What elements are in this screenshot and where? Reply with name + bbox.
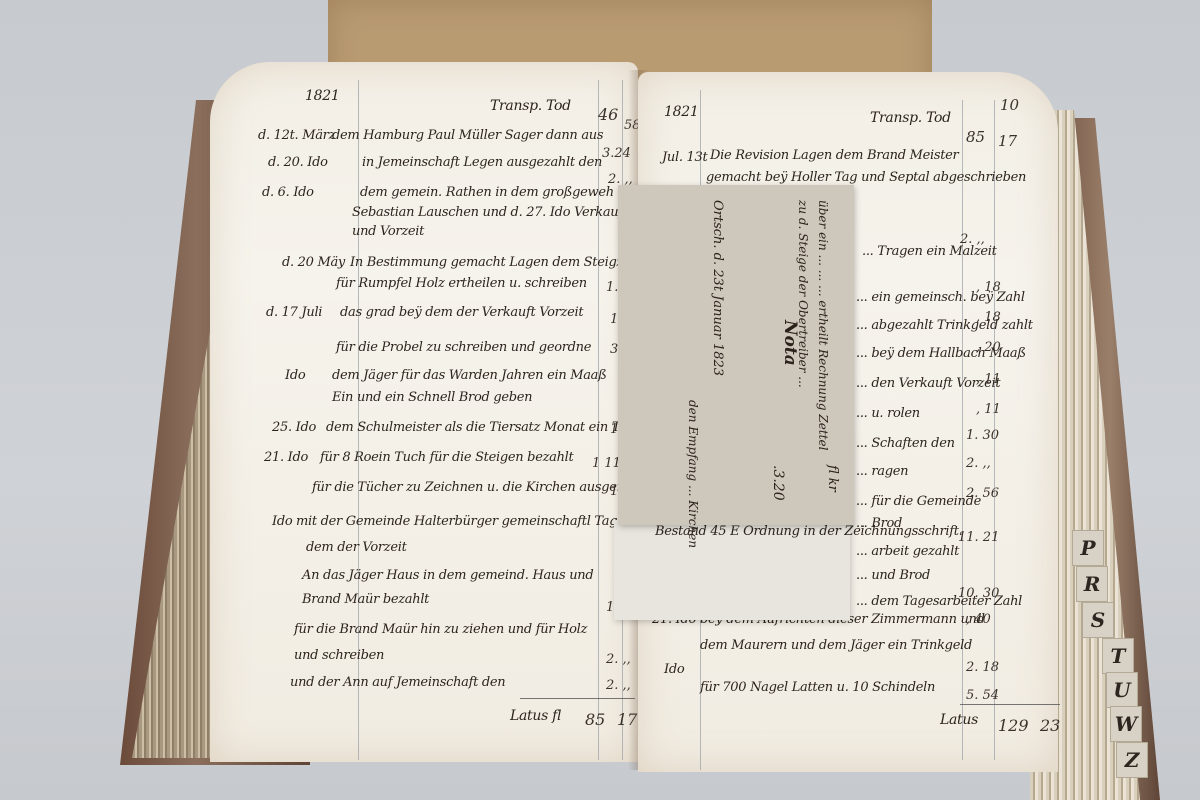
entry-text: für die Probel zu schreiben und geordne bbox=[336, 340, 591, 355]
entry-text: dem Maurern und dem Jäger ein Trinkgeld bbox=[700, 638, 972, 653]
note-amount-header: fl kr bbox=[825, 465, 840, 492]
entry-text: An das Jäger Haus in dem gemeind. Haus u… bbox=[302, 568, 593, 583]
entry-text: Ein und ein Schnell Brod geben bbox=[332, 390, 532, 405]
entry-amount: 1. 30 bbox=[966, 428, 999, 443]
entry-date: d. 12t. März bbox=[258, 128, 335, 143]
entry-amount: 3.24 bbox=[602, 146, 631, 161]
index-tab-t[interactable]: T bbox=[1102, 638, 1134, 674]
entry-text: Die Revision Lagen dem Brand Meister bbox=[710, 148, 958, 163]
entry-amount: 2. ,, bbox=[966, 456, 991, 471]
entry-text: ... ein gemeinsch. beÿ Zahl bbox=[856, 290, 1025, 305]
index-tab-p[interactable]: P bbox=[1072, 530, 1104, 566]
entry-text: dem der Vorzeit bbox=[306, 540, 407, 555]
entry-date: Ido bbox=[272, 514, 292, 529]
entry-text: für 8 Roein Tuch für die Steigen bezahlt bbox=[320, 450, 573, 465]
entry-amount: 11. 21 bbox=[958, 530, 999, 545]
right-total-label: Latus bbox=[940, 712, 978, 728]
entry-text: das grad beÿ dem der Verkauft Vorzeit bbox=[340, 305, 583, 320]
index-tab-z[interactable]: Z bbox=[1116, 742, 1148, 778]
entry-date: 21. Ido bbox=[264, 450, 308, 465]
entry-date: d. 20 Mäy bbox=[282, 255, 345, 270]
florin-column-rule bbox=[962, 100, 963, 760]
entry-text: und schreiben bbox=[294, 648, 384, 663]
left-year: 1821 bbox=[305, 88, 339, 104]
note-lower-text: Bestand 45 E Ordnung in der Zeichnungssc… bbox=[655, 524, 963, 539]
entry-text: in Jemeinschaft Legen ausgezahlt den bbox=[362, 155, 602, 170]
entry-text: ... für die Gemeinde bbox=[856, 494, 981, 509]
entry-text: für 700 Nagel Latten u. 10 Schindeln bbox=[700, 680, 935, 695]
entry-text: ... Schaften den bbox=[856, 436, 955, 451]
right-total-fl: 129 bbox=[998, 716, 1029, 735]
left-carried-fl: 46 bbox=[598, 105, 618, 124]
entry-text: ... beÿ dem Hallbach Maaß bbox=[856, 346, 1026, 361]
entry-text: und Vorzeit bbox=[352, 224, 424, 239]
total-underline bbox=[520, 698, 635, 699]
entry-text: ... Tragen ein Malzeit bbox=[862, 244, 997, 259]
entry-text: Brand Maür bezahlt bbox=[302, 592, 429, 607]
left-total-fl: 85 bbox=[585, 710, 605, 729]
entry-amount: 2. 18 bbox=[966, 660, 999, 675]
entry-text: für Rumpfel Holz ertheilen u. schreiben bbox=[336, 276, 587, 291]
entry-text: ... abgezahlt Trinkgeld zahlt bbox=[856, 318, 1033, 333]
entry-date: Ido bbox=[285, 368, 305, 383]
total-underline bbox=[960, 704, 1060, 705]
note-line-1: über ein ... ... ... ertheilt Rechnung Z… bbox=[816, 200, 830, 450]
entry-date: Jul. 13t bbox=[662, 150, 707, 165]
entry-amount: 1 11 bbox=[592, 456, 621, 471]
entry-text: und der Ann auf Jemeinschaft den bbox=[290, 675, 505, 690]
entry-text: ... u. rolen bbox=[856, 406, 920, 421]
left-header: Transp. Tod bbox=[490, 98, 571, 114]
index-tab-r[interactable]: R bbox=[1076, 566, 1108, 602]
note-line-2: zu d. Steige der Obertreiber ... bbox=[796, 200, 810, 388]
index-tab-s[interactable]: S bbox=[1082, 602, 1114, 638]
entry-text: dem gemein. Rathen in dem großgeweh bbox=[360, 185, 614, 200]
entry-date: d. 17 Juli bbox=[266, 305, 322, 320]
entry-text: Sebastian Lauschen und d. 27. Ido Verkau… bbox=[352, 205, 628, 220]
right-year: 1821 bbox=[664, 104, 698, 120]
note-amount: .3.20 bbox=[770, 465, 786, 501]
entry-text: dem Jäger für das Warden Jahren ein Maaß bbox=[332, 368, 607, 383]
right-carried-kr: 17 bbox=[998, 132, 1017, 150]
right-total-kr: 23 bbox=[1040, 716, 1060, 735]
entry-date: Ido bbox=[664, 662, 684, 677]
entry-text: ... ragen bbox=[856, 464, 908, 479]
entry-text: ... den Verkauft Vorzeit bbox=[856, 376, 1000, 391]
right-carried-fl: 85 bbox=[966, 128, 985, 146]
entry-date: d. 6. Ido bbox=[262, 185, 314, 200]
entry-text: mit der Gemeinde Halterbürger gemeinscha… bbox=[296, 514, 617, 529]
right-header: Transp. Tod bbox=[870, 110, 951, 126]
index-tab-u[interactable]: U bbox=[1106, 672, 1138, 708]
entry-date: d. 20. Ido bbox=[268, 155, 328, 170]
note-signature: den Empfang ... Kirchen bbox=[686, 400, 700, 548]
entry-text: dem Hamburg Paul Müller Sager dann aus bbox=[332, 128, 603, 143]
entry-text: ... dem Tagesarbeiter Zahl bbox=[856, 594, 1022, 609]
entry-text: ... und Brod bbox=[856, 568, 930, 583]
note-line-3: Ortsch. d. 23t Januar 1823 bbox=[710, 200, 725, 376]
left-total-label: Latus fl bbox=[510, 708, 561, 724]
entry-date: 25. Ido bbox=[272, 420, 316, 435]
entry-text: für die Tücher zu Zeichnen u. die Kirche… bbox=[312, 480, 655, 495]
entry-amount: , 11 bbox=[976, 402, 1001, 417]
entry-text: In Bestimmung gemacht Lagen dem Steigzah… bbox=[350, 255, 642, 270]
entry-text: für die Brand Maür hin zu ziehen und für… bbox=[294, 622, 587, 637]
entry-amount: 5. 54 bbox=[966, 688, 999, 703]
entry-text: ... arbeit gezahlt bbox=[856, 544, 959, 559]
index-tab-w[interactable]: W bbox=[1110, 706, 1142, 742]
entry-text: gemacht beÿ Holler Tag und Septal abgesc… bbox=[706, 170, 1026, 185]
right-page-number: 10 bbox=[1000, 96, 1019, 114]
